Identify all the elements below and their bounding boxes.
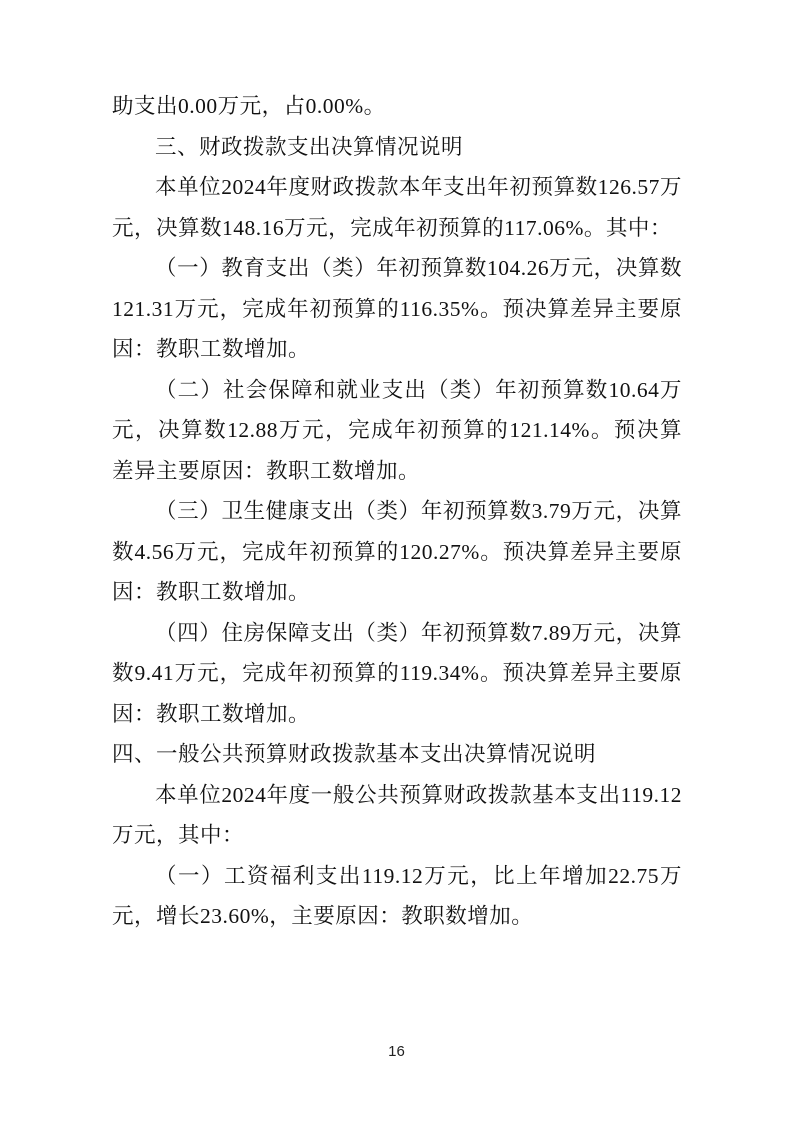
paragraph-section-four-intro: 本单位2024年度一般公共预算财政拨款基本支出119.12万元，其中： bbox=[112, 775, 682, 856]
paragraph-section-three-intro: 本单位2024年度财政拨款本年支出年初预算数126.57万元，决算数148.16… bbox=[112, 167, 682, 248]
paragraph-item-housing-security-expenditure: （四）住房保障支出（类）年初预算数7.89万元，决算数9.41万元，完成年初预算… bbox=[112, 613, 682, 735]
paragraph-item-social-security-employment-expenditure: （二）社会保障和就业支出（类）年初预算数10.64万元，决算数12.88万元，完… bbox=[112, 370, 682, 492]
heading-section-three-fiscal-appropriation-expenditure: 三、财政拨款支出决算情况说明 bbox=[112, 127, 682, 168]
document-page: 助支出0.00万元，占0.00%。 三、财政拨款支出决算情况说明 本单位2024… bbox=[0, 0, 793, 1122]
paragraph-item-salary-welfare-expenditure: （一）工资福利支出119.12万元，比上年增加22.75万元，增长23.60%，… bbox=[112, 856, 682, 937]
heading-section-four-general-public-budget-basic-expenditure: 四、一般公共预算财政拨款基本支出决算情况说明 bbox=[112, 734, 682, 775]
paragraph-item-education-expenditure: （一）教育支出（类）年初预算数104.26万元，决算数121.31万元，完成年初… bbox=[112, 248, 682, 370]
document-body: 助支出0.00万元，占0.00%。 三、财政拨款支出决算情况说明 本单位2024… bbox=[112, 86, 682, 937]
page-number: 16 bbox=[0, 1042, 793, 1062]
paragraph-item-health-expenditure: （三）卫生健康支出（类）年初预算数3.79万元，决算数4.56万元，完成年初预算… bbox=[112, 491, 682, 613]
paragraph-subsidy-expense-continuation: 助支出0.00万元，占0.00%。 bbox=[112, 86, 682, 127]
